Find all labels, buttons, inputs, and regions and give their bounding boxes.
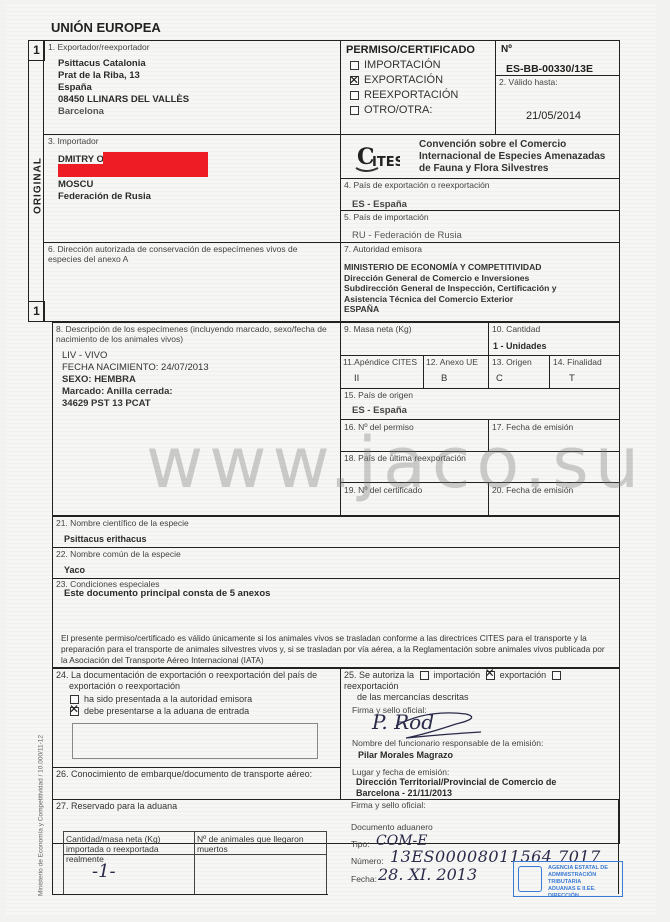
special-conditions: Este documento principal consta de 5 ane… [64, 588, 270, 600]
scientific-name: Psittacus erithacus [64, 533, 147, 545]
divider [52, 547, 620, 548]
divider [340, 419, 620, 420]
importer-line: MOSCU [58, 179, 338, 191]
import-country: RU - Federación de Rusia [352, 230, 462, 242]
redaction-bar [58, 164, 208, 177]
divider [423, 355, 424, 388]
box-8-label: 8. Descripción de los especímenes (inclu… [56, 324, 338, 344]
specimen-line: LIV - VIVO [62, 350, 338, 362]
option-label: ha sido presentada a la autoridad emisor… [84, 694, 252, 704]
customs-doc-label: Documento aduanero [351, 822, 433, 832]
cites-appendix: II [354, 373, 359, 385]
customs-stamp: AGENCIA ESTATAL DE ADMINISTRACIÓN TRIBUT… [513, 861, 623, 897]
box-1-label: 1. Exportador/reexportador [48, 42, 338, 52]
checkbox-icon[interactable] [420, 671, 429, 680]
divider [495, 75, 620, 76]
customs-signature-label: Firma y sello oficial: [351, 800, 426, 810]
place-date: Dirección Territorial/Provincial de Come… [356, 777, 556, 799]
box-20-label: 20. Fecha de emisión [492, 485, 573, 495]
authority-line: Asistencia Técnica del Comercio Exterior [344, 294, 557, 305]
place-line: Dirección Territorial/Provincial de Come… [356, 777, 556, 788]
specimen-line: SEXO: HEMBRA [62, 374, 338, 386]
box-6-label: 6. Dirección autorizada de conservación … [48, 244, 308, 264]
divider [488, 355, 489, 388]
stamp-line: ADMINISTRACIÓN TRIBUTARIA [548, 872, 620, 886]
option-label: importación [434, 670, 481, 680]
specimen-line: FECHA NACIMIENTO: 24/07/2013 [62, 362, 338, 374]
customs-date-label: Fecha: [351, 874, 377, 884]
copy-type-label: ORIGINAL [33, 136, 44, 236]
box-5-label: 5. País de importación [344, 212, 429, 222]
box-24-label: 24. La documentación de exportación o re… [56, 670, 338, 692]
divider [52, 894, 328, 895]
margin-note: Ministerio de Economía y Competitividad … [38, 706, 45, 922]
handwritten-quantity: -1- [92, 861, 116, 882]
permit-title: PERMISO/CERTIFICADO [346, 44, 496, 56]
authority-line: ESPAÑA [344, 304, 557, 315]
stamp-line: ADUANAS E II.EE. DIRECCIÓN [548, 886, 620, 900]
customs-col-2-header: Nº de animales que llegaron muertos [194, 831, 327, 855]
permit-type-box: PERMISO/CERTIFICADO IMPORTACIÓN EXPORTAC… [346, 44, 496, 118]
redaction-bar [103, 152, 208, 164]
exporter-line: España [58, 82, 338, 94]
place-line: Barcelona - 21/11/2013 [356, 788, 556, 799]
coat-of-arms-icon [518, 866, 542, 892]
official-name-label: Nombre del funcionario responsable de la… [352, 738, 543, 748]
stamp-line: AGENCIA ESTATAL DE [548, 865, 620, 872]
permit-number: ES-BB-00330/13E [506, 63, 593, 75]
checked-checkbox-icon[interactable] [70, 707, 79, 716]
cites-title-line: de Fauna y Flora Silvestres [419, 163, 605, 175]
exporter-line: Barcelona [58, 106, 338, 118]
box-10-label: 10. Cantidad [492, 324, 540, 334]
issuing-authority: MINISTERIO DE ECONOMÍA Y COMPETITIVIDAD … [344, 262, 557, 315]
option-label: reexportación [344, 681, 399, 691]
signature-scribble [386, 704, 486, 740]
cites-title-line: Convención sobre el Comercio [419, 139, 605, 151]
box-21-label: 21. Nombre científico de la especie [56, 518, 189, 528]
box-7-label: 7. Autoridad emisora [344, 244, 422, 254]
specimen-line: Marcado: Anilla cerrada: [62, 386, 338, 398]
box-19-label: 19. Nº del certificado [344, 485, 422, 495]
cites-title: Convención sobre el Comercio Internacion… [419, 139, 605, 175]
option-label: debe presentarse a la aduana de entrada [84, 706, 249, 716]
box-24-option[interactable]: debe presentarse a la aduana de entrada [70, 706, 338, 717]
box-13-label: 13. Origen [492, 357, 532, 367]
box-18-label: 18. País de última reexportación [344, 453, 466, 463]
divider [52, 799, 620, 800]
option-label: EXPORTACIÓN [364, 74, 443, 86]
option-exportacion[interactable]: EXPORTACIÓN [350, 73, 496, 88]
authority-line: Dirección General de Comercio e Inversio… [344, 273, 557, 284]
exporter-line: Psittacus Catalonia [58, 58, 338, 70]
option-label: OTRO/OTRA: [364, 104, 432, 116]
box-17-label: 17. Fecha de emisión [492, 422, 573, 432]
divider [549, 355, 550, 388]
option-label: exportación [500, 670, 547, 680]
box-25-suffix: de las mercancías descritas [344, 692, 618, 703]
customs-col-2-cell[interactable] [194, 854, 327, 895]
option-label: REEXPORTACIÓN [364, 89, 458, 101]
divider [340, 210, 620, 211]
checkbox-icon[interactable] [350, 106, 359, 115]
divider [488, 482, 489, 516]
divider [495, 40, 496, 134]
customs-col-1-cell[interactable]: -1- [63, 854, 195, 895]
eu-annex: B [441, 373, 447, 385]
divider [52, 767, 340, 768]
box-3-importer: 3. Importador DMITRY O MOSCU Federación … [48, 136, 338, 203]
customs-col-1-header: Cantidad/masa neta (Kg) importada o reex… [63, 831, 195, 855]
place-date-label: Lugar y fecha de emisión: [352, 767, 449, 777]
importer-line: Federación de Rusia [58, 191, 338, 203]
exporter-line: 08450 LLINARS DEL VALLÈS [58, 94, 338, 106]
option-importacion[interactable]: IMPORTACIÓN [350, 58, 496, 73]
divider [52, 844, 53, 895]
box-3-label: 3. Importador [48, 136, 338, 146]
valid-until-label: 2. Válido hasta: [499, 77, 558, 87]
official-name: Pilar Morales Magrazo [358, 749, 453, 761]
divider [488, 419, 489, 451]
cites-permit-page: UNIÓN EUROPEA 1 ORIGINAL 1 1. Exportador… [6, 4, 656, 916]
checkbox-icon[interactable] [350, 61, 359, 70]
divider [340, 242, 620, 243]
box-22-label: 22. Nombre común de la especie [56, 549, 181, 559]
box-26-label: 26. Conocimiento de embarque/documento d… [56, 769, 312, 779]
checked-checkbox-icon[interactable] [486, 671, 495, 680]
svg-text:ITES: ITES [372, 155, 400, 170]
exporter-line: Prat de la Riba, 13 [58, 70, 338, 82]
checkbox-icon[interactable] [552, 671, 561, 680]
checked-checkbox-icon[interactable] [350, 76, 359, 85]
document-header: UNIÓN EUROPEA [51, 20, 161, 35]
divider [340, 355, 620, 356]
option-reexportacion[interactable]: REEXPORTACIÓN [350, 88, 496, 103]
divider [340, 134, 620, 135]
box-14-label: 14. Finalidad [553, 357, 602, 367]
cites-logo: C ITES [352, 138, 400, 176]
customs-type-label: Tipo: [351, 839, 370, 849]
column-divider [340, 40, 341, 322]
cites-title-line: Internacional de Especies Amenazadas [419, 151, 605, 163]
checkbox-icon[interactable] [350, 91, 359, 100]
box-1-exporter: 1. Exportador/reexportador Psittacus Cat… [48, 42, 338, 132]
box-25-prefix: 25. Se autoriza la [344, 670, 414, 680]
iata-notice: El presente permiso/certificado es válid… [61, 633, 611, 666]
purpose-code: T [569, 373, 575, 385]
option-otro[interactable]: OTRO/OTRA: [350, 103, 496, 118]
box-24-option[interactable]: ha sido presentada a la autoridad emisor… [70, 694, 338, 705]
box-24: 24. La documentación de exportación o re… [56, 670, 338, 717]
box-4-label: 4. País de exportación o reexportación [344, 180, 490, 190]
divider [340, 451, 620, 452]
box-9-label: 9. Masa neta (Kg) [344, 324, 412, 334]
divider [340, 178, 620, 179]
valid-until-date: 21/05/2014 [526, 110, 581, 122]
box-12-label: 12. Anexo UE [426, 357, 478, 367]
authority-line: MINISTERIO DE ECONOMÍA Y COMPETITIVIDAD [344, 262, 557, 273]
box-11-label: 11.Apéndice CITES [343, 357, 417, 367]
divider [340, 482, 620, 483]
box-25: 25. Se autoriza la importación exportaci… [344, 670, 618, 703]
permit-number-label: Nº [501, 44, 512, 55]
divider [43, 242, 340, 243]
origin-country: ES - España [352, 405, 407, 417]
divider [340, 388, 620, 389]
copy-number-bottom: 1 [28, 301, 45, 322]
box-16-label: 16. Nº del permiso [344, 422, 414, 432]
quantity-value: 1 - Unidades [493, 340, 547, 352]
divider [488, 322, 489, 355]
origin-code: C [496, 373, 503, 385]
authority-line: Subdirección General de Inspección, Cert… [344, 283, 557, 294]
common-name: Yaco [64, 564, 85, 576]
specimen-line: 34629 PST 13 PCAT [62, 398, 338, 410]
box-24-input-area[interactable] [72, 723, 318, 759]
box-15-label: 15. País de origen [344, 390, 413, 400]
box-27-label: 27. Reservado para la aduana [56, 801, 177, 811]
column-divider [340, 668, 341, 799]
option-label: IMPORTACIÓN [364, 59, 441, 71]
divider [43, 134, 340, 135]
customs-date-value: 28. XI. 2013 [378, 865, 477, 884]
box-8-description: 8. Descripción de los especímenes (inclu… [56, 324, 338, 410]
